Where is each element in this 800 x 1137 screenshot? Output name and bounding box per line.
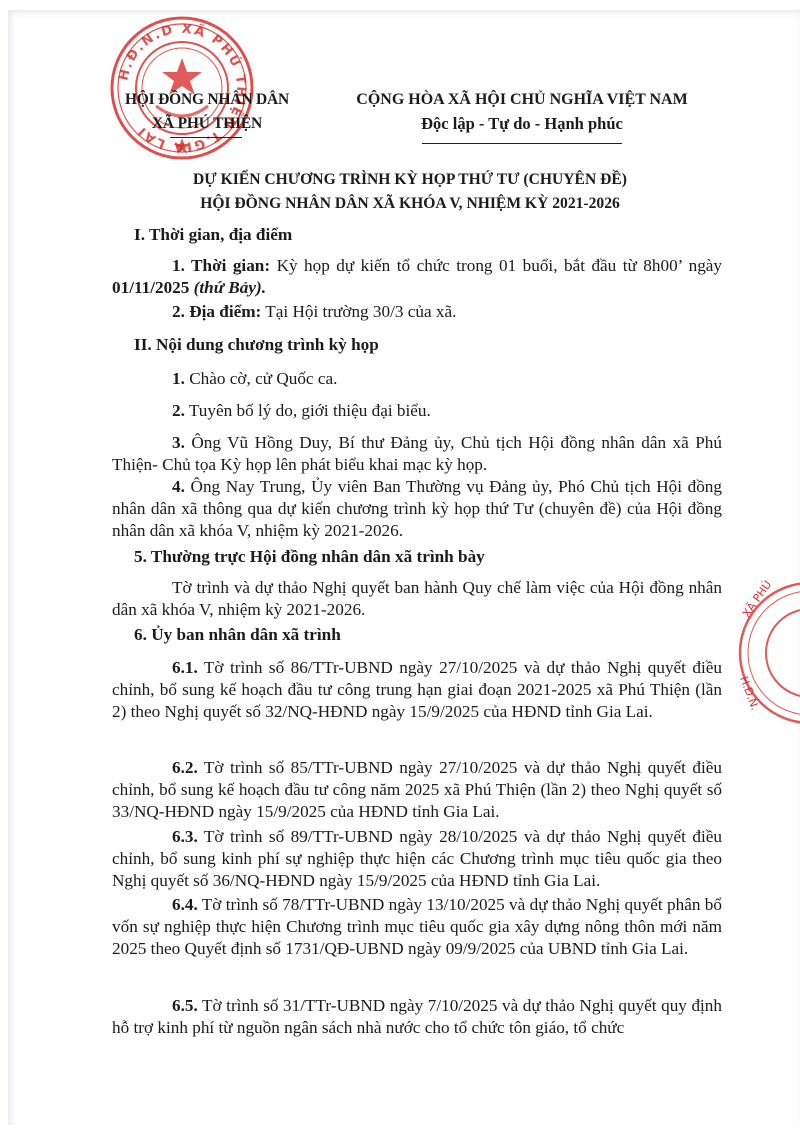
sub-item-number: 6.1. (172, 658, 198, 677)
title-line1: DỰ KIẾN CHƯƠNG TRÌNH KỲ HỌP THỨ TƯ (CHUY… (150, 168, 670, 192)
sub-item-number: 6.5. (172, 996, 198, 1015)
section-1-heading: I. Thời gian, địa điểm (112, 224, 722, 246)
title-line2: HỘI ĐỒNG NHÂN DÂN XÃ KHÓA V, NHIỆM KỲ 20… (150, 192, 670, 216)
issuing-organization: HỘI ĐỒNG NHÂN DÂN XÃ PHÚ THIỆN (112, 88, 302, 136)
national-motto: Độc lập - Tự do - Hạnh phúc (332, 112, 712, 136)
item-text: Ông Nay Trung, Ủy viên Ban Thường vụ Đản… (112, 477, 722, 540)
sub-item-number: 6.4. (172, 895, 198, 914)
org-underline (170, 137, 242, 138)
place-label: 2. Địa điểm: (172, 302, 261, 321)
item-number: 4. (172, 477, 185, 496)
item-number: 3. (172, 433, 185, 452)
sub-item-number: 6.2. (172, 758, 198, 777)
meeting-weekday: (thứ Bảy). (189, 278, 266, 297)
motto-underline (422, 143, 622, 144)
item-6-heading: 6. Ủy ban nhân dân xã trình (112, 624, 722, 646)
sub-item-text: Tờ trình số 85/TTr-UBND ngày 27/10/2025 … (112, 758, 722, 821)
time-label: 1. Thời gian: (172, 256, 270, 275)
agenda-item: 1. Chào cờ, cử Quốc ca. (112, 368, 722, 390)
sub-item: 6.5. Tờ trình số 31/TTr-UBND ngày 7/10/2… (112, 995, 722, 1039)
sub-item: 6.3. Tờ trình số 89/TTr-UBND ngày 28/10/… (112, 826, 722, 892)
section-2-heading: II. Nội dung chương trình kỳ họp (112, 334, 722, 356)
item-5-text: Tờ trình và dự thảo Nghị quyết ban hành … (112, 577, 722, 621)
item-text: Ông Vũ Hồng Duy, Bí thư Đảng ủy, Chủ tịc… (112, 433, 722, 474)
national-header: CỘNG HÒA XÃ HỘI CHỦ NGHĨA VIỆT NAM Độc l… (332, 88, 712, 136)
sub-item-text: Tờ trình số 89/TTr-UBND ngày 28/10/2025 … (112, 827, 722, 890)
nation-name: CỘNG HÒA XÃ HỘI CHỦ NGHĨA VIỆT NAM (332, 88, 712, 112)
item-5-heading: 5. Thường trực Hội đồng nhân dân xã trìn… (112, 546, 722, 568)
sub-item: 6.2. Tờ trình số 85/TTr-UBND ngày 27/10/… (112, 757, 722, 823)
item-number: 2. (172, 401, 185, 420)
place-paragraph: 2. Địa điểm: Tại Hội trường 30/3 của xã. (112, 301, 722, 323)
sub-item: 6.1. Tờ trình số 86/TTr-UBND ngày 27/10/… (112, 657, 722, 723)
document-title: DỰ KIẾN CHƯƠNG TRÌNH KỲ HỌP THỨ TƯ (CHUY… (150, 168, 670, 216)
time-paragraph: 1. Thời gian: Kỳ họp dự kiến tổ chức tro… (112, 255, 722, 299)
sub-item-text: Tờ trình số 78/TTr-UBND ngày 13/10/2025 … (112, 895, 722, 958)
sub-item-text: Tờ trình số 86/TTr-UBND ngày 27/10/2025 … (112, 658, 722, 721)
org-name-line2: XÃ PHÚ THIỆN (112, 112, 302, 136)
org-name-line1: HỘI ĐỒNG NHÂN DÂN (112, 88, 302, 112)
sub-item-text: Tờ trình số 31/TTr-UBND ngày 7/10/2025 v… (112, 996, 722, 1037)
item-number: 1. (172, 369, 185, 388)
item-text: Tuyên bố lý do, giới thiệu đại biểu. (185, 401, 431, 420)
time-text: Kỳ họp dự kiến tổ chức trong 01 buổi, bắ… (270, 256, 722, 275)
item-text: Chào cờ, cử Quốc ca. (185, 369, 338, 388)
document: HỘI ĐỒNG NHÂN DÂN XÃ PHÚ THIỆN CỘNG HÒA … (0, 0, 800, 1137)
meeting-date: 01/11/2025 (112, 278, 189, 297)
agenda-item: 2. Tuyên bố lý do, giới thiệu đại biểu. (112, 400, 722, 422)
sub-item: 6.4. Tờ trình số 78/TTr-UBND ngày 13/10/… (112, 894, 722, 960)
sub-item-number: 6.3. (172, 827, 198, 846)
place-text: Tại Hội trường 30/3 của xã. (261, 302, 456, 321)
agenda-item: 3. Ông Vũ Hồng Duy, Bí thư Đảng ủy, Chủ … (112, 432, 722, 476)
agenda-item: 4. Ông Nay Trung, Ủy viên Ban Thường vụ … (112, 476, 722, 542)
